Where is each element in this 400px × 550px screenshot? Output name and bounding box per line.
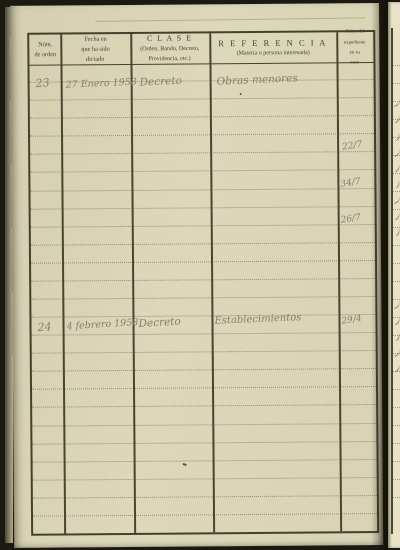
- register-page: Núm. de orden Fecha en que ha sido dicta…: [10, 3, 383, 548]
- header-line: dictado: [86, 55, 104, 63]
- handwriting-fragment: [391, 210, 400, 220]
- scanned-register-photo: Núm. de orden Fecha en que ha sido dicta…: [0, 0, 400, 550]
- header-line: Providencia, etc.): [149, 55, 191, 63]
- handwriting-fragment: [392, 347, 400, 357]
- column-header-num: Núm. de orden: [29, 35, 60, 65]
- pencil-speck: [240, 93, 242, 95]
- header-line: Núm.: [38, 41, 52, 49]
- facing-page-ruled-line: [393, 82, 400, 84]
- header-line: de orden: [34, 51, 56, 59]
- column-header-expediente: Núm. del expediente en su caso: [336, 32, 373, 62]
- entry-num: 24: [37, 320, 52, 334]
- facing-page-ruled-line: [393, 424, 400, 426]
- facing-page-ruled-line: [393, 172, 400, 174]
- page-gutter-shadow: [371, 0, 388, 550]
- column-header-referencia: R E F E R E N C I A (Materia o persona i…: [209, 32, 336, 63]
- facing-page-ruled-line: [393, 190, 400, 192]
- header-line: que ha sido: [81, 45, 109, 53]
- facing-page-ruled-line: [393, 406, 400, 408]
- header-line: Núm. del: [345, 28, 364, 35]
- facing-page-ruled-line: [393, 442, 400, 444]
- header-line: (Orden, Bando, Decreto,: [140, 45, 199, 53]
- handwriting-fragment: [391, 162, 400, 172]
- facing-page-ruled-line: [393, 64, 400, 66]
- header-line: en su: [350, 49, 360, 56]
- header-line: C L A S E: [147, 33, 193, 43]
- column-header-fecha: Fecha en que ha sido dictado: [60, 34, 130, 65]
- header-line: expediente: [344, 39, 366, 46]
- facing-page-ruled-line: [393, 244, 400, 246]
- facing-page-ruled-line: [393, 460, 400, 462]
- facing-page-ruled-line: [393, 388, 400, 390]
- handwriting-fragment: [392, 194, 400, 204]
- handwriting-fragment: [392, 299, 400, 309]
- register-table: Núm. de orden Fecha en que ha sido dicta…: [27, 30, 379, 536]
- entry-clase: Decreto: [139, 75, 182, 89]
- entry-num: 23: [35, 76, 50, 90]
- header-line: Fecha en: [84, 35, 106, 43]
- facing-page-ruled-line: [393, 280, 400, 282]
- facing-page-ruled-line: [393, 262, 400, 264]
- table-row: [33, 514, 377, 534]
- header-line: (Materia o persona interesada): [236, 49, 309, 57]
- facing-page-ruled-line: [393, 478, 400, 480]
- facing-page-ruled-line: [393, 496, 400, 498]
- column-header-clase: C L A S E (Orden, Bando, Decreto, Provid…: [130, 33, 209, 64]
- ruled-rows: [29, 62, 377, 534]
- handwriting-fragment: [391, 315, 400, 325]
- handwriting-fragment: [392, 97, 400, 107]
- table-header-row: Núm. de orden Fecha en que ha sido dicta…: [29, 32, 373, 66]
- paper-scratch: [95, 17, 365, 22]
- handwriting-fragment: [391, 113, 400, 123]
- header-line: R E F E R E N C I A: [218, 37, 327, 48]
- entry-clase: Decreto: [138, 315, 181, 330]
- facing-page-edge: [388, 2, 400, 548]
